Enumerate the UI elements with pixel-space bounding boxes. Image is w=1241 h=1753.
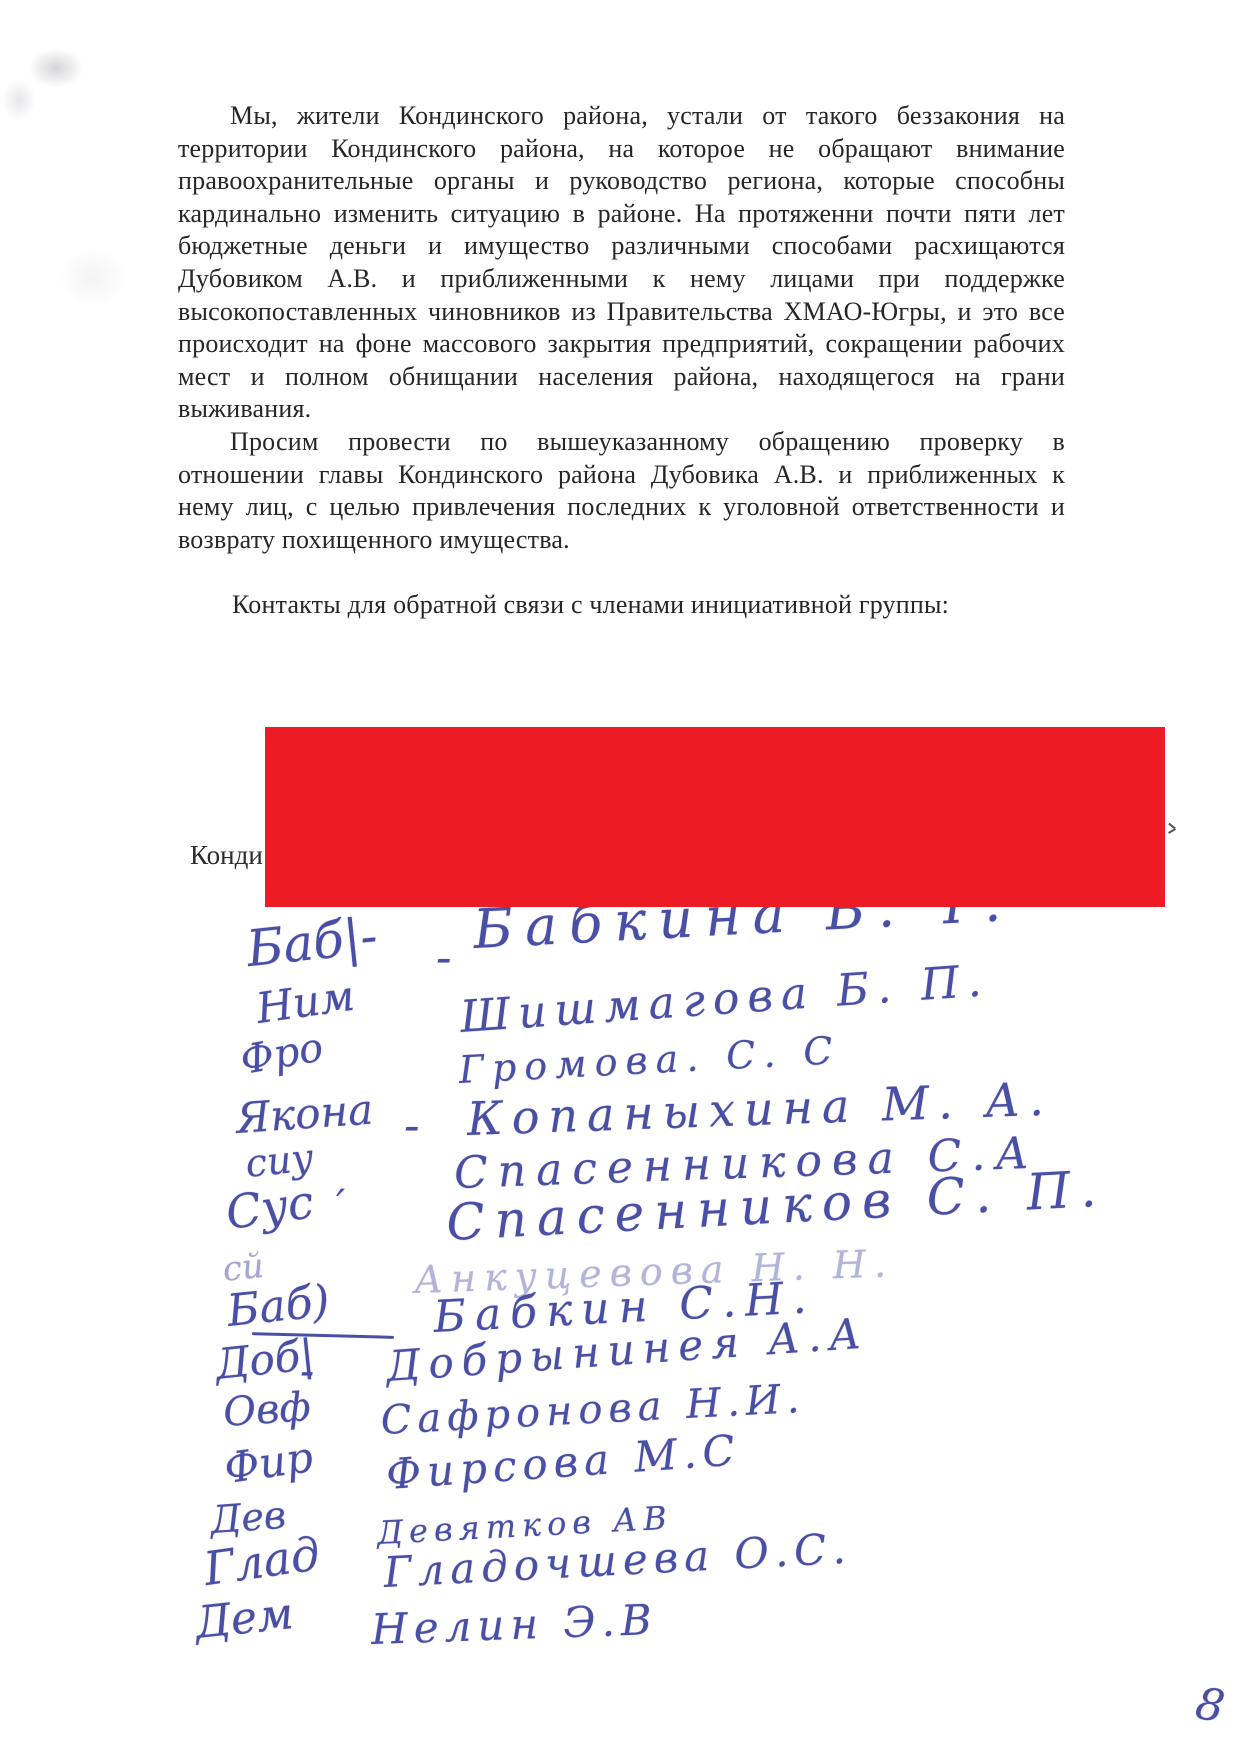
text-line: Мы, жители Кондинского района, устали от…	[178, 100, 1065, 133]
signature-scribble: Фро	[237, 1024, 327, 1084]
scan-artifact	[1166, 824, 1177, 833]
text-line: Дубовиком А.В. и приближенными к нему ли…	[178, 263, 1065, 296]
signature-scribble: Овф	[222, 1384, 312, 1436]
signature-scribble: Дем	[193, 1588, 296, 1649]
text-line: Просим провести по вышеуказанному обраще…	[178, 426, 1065, 459]
text-line: высокопоставленных чиновников из Правите…	[178, 296, 1065, 329]
scan-smudge	[58, 248, 128, 308]
clipped-text-under-redaction: Конди	[190, 840, 263, 871]
text-line: отношении главы Кондинского района Дубов…	[178, 459, 1065, 492]
signature-scribble: Ним	[253, 971, 357, 1033]
handwritten-page-number: 8	[1192, 1678, 1228, 1733]
text-line: происходит на фоне массового закрытия пр…	[178, 328, 1065, 361]
signature-dash: -	[404, 1098, 420, 1152]
redaction-block	[265, 727, 1165, 907]
scan-smudge	[2, 78, 36, 122]
text-line: выживания.	[178, 393, 1065, 426]
text-line: возврату похищенного имущества.	[178, 524, 1065, 557]
signature-scribble: Сус	[222, 1174, 316, 1240]
signature-dash: -	[436, 930, 452, 984]
scanned-petition-page: Мы, жители Кондинского района, устали от…	[0, 0, 1241, 1753]
text-line: кардинально изменить ситуацию в районе. …	[178, 198, 1065, 231]
text-line: территории Кондинского района, на которо…	[178, 133, 1065, 166]
text-line: правоохранительные органы и руководство …	[178, 165, 1065, 198]
signature-scribble: Баб)	[225, 1276, 332, 1337]
signature-name: Шишмагова Б. П.	[458, 955, 990, 1043]
scan-smudge	[28, 48, 84, 88]
paragraph-2: Просим провести по вышеуказанному обраще…	[178, 426, 1065, 556]
signature-scribble: Баб|-	[244, 907, 380, 978]
contacts-heading: Контакты для обратной связи с членами ин…	[232, 590, 949, 620]
petition-text: Мы, жители Кондинского района, устали от…	[178, 100, 1065, 556]
text-line: мест и полном обнищании населения района…	[178, 361, 1065, 394]
signature-name: Нелин Э.В	[370, 1595, 658, 1654]
text-line: нему лиц, с целью привлечения последних …	[178, 491, 1065, 524]
text-line: бюджетные деньги и имущество различными …	[178, 230, 1065, 263]
signature-scribble: Фир	[221, 1432, 316, 1493]
signature-scribble: Якона	[235, 1085, 375, 1143]
signature-dash: ′	[336, 1182, 345, 1228]
paragraph-1: Мы, жители Кондинского района, устали от…	[178, 100, 1065, 426]
